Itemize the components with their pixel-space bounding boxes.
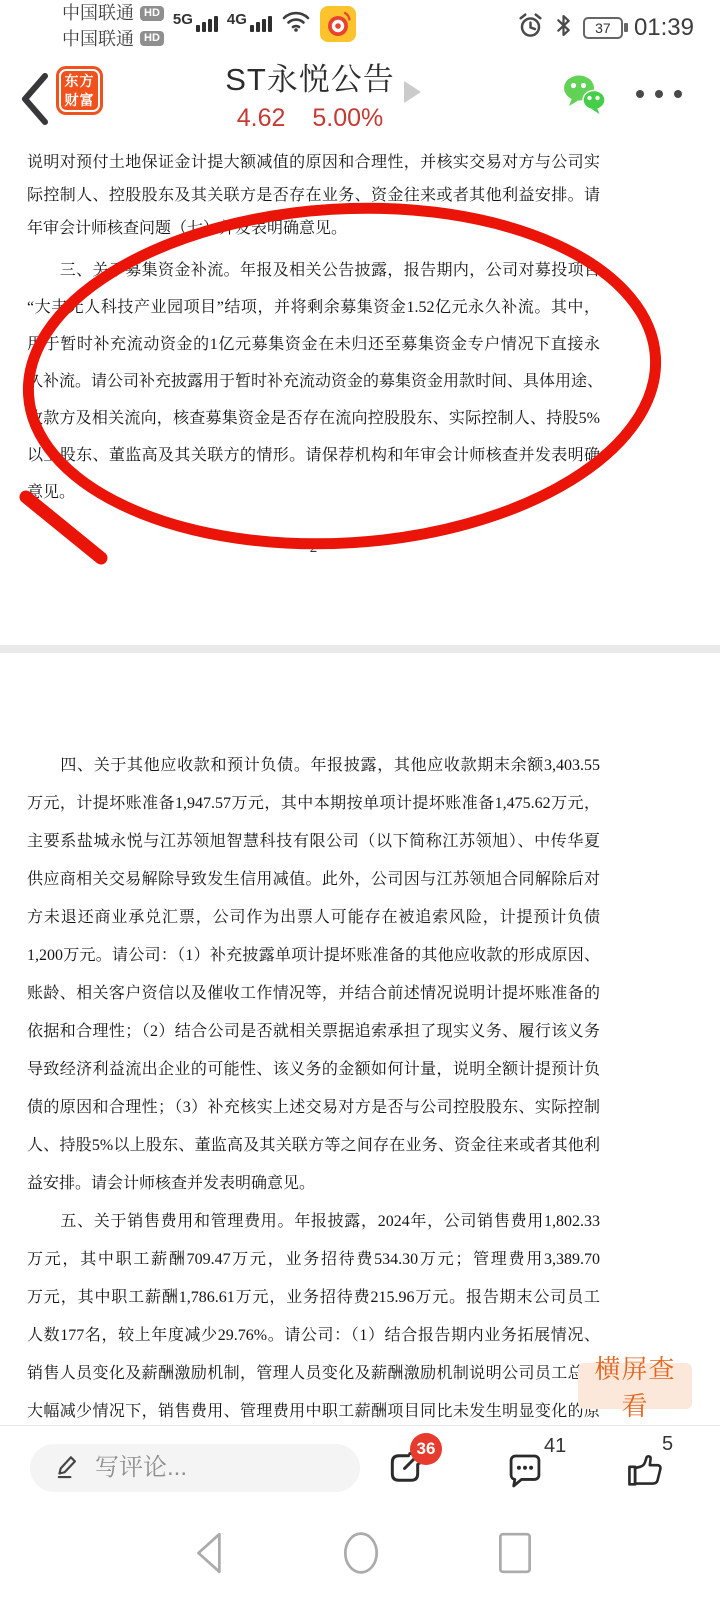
nav-recents-button[interactable] [494, 1530, 536, 1576]
comment-pill[interactable] [30, 1444, 360, 1492]
nav-home-button[interactable] [340, 1530, 382, 1576]
more-menu-button[interactable] [636, 90, 682, 98]
page-divider [0, 645, 720, 653]
carrier-block: 中国联通 HD 中国联通 HD [62, 2, 164, 50]
doc-line: 销售人员变化及薪酬激励机制，管理人员变化及薪酬激励机制说明公司员工总数 [27, 1355, 600, 1393]
nav-back-icon [190, 1530, 232, 1576]
page-title: ST永悦公告 [150, 64, 470, 95]
document-viewport[interactable]: 说明对预付土地保证金计提大额减值的原因和合理性，并核实交易对方与公司实际控制人、… [0, 142, 720, 1425]
status-bar: 中国联通 HD 中国联通 HD 5G 4G [0, 0, 720, 58]
doc-line: 供应商相关交易解除导致发生信用减值。此外，公司因与江苏领旭合同解除后对 [27, 861, 600, 899]
doc-line: 年审会计师核查问题（七）并发表明确意见。 [27, 212, 600, 245]
doc-line: 方未退还商业承兑汇票，公司作为出票人可能存在被追索风险，计提预计负债 [27, 899, 600, 937]
signal-5g-icon: 5G [173, 12, 218, 40]
back-chevron-icon [12, 68, 58, 130]
comment-bubble-icon [504, 1449, 546, 1489]
android-nav-bar [0, 1520, 720, 1600]
doc-line: 说明对预付土地保证金计提大额减值的原因和合理性，并核实交易对方与公司实 [27, 146, 600, 179]
doc-line: 人、持股5%以上股东、董监高及其关联方等之间存在业务、资金往来或者其他利 [27, 1127, 600, 1165]
weibo-icon [320, 6, 356, 47]
pdf-page-2: 说明对预付土地保证金计提大额减值的原因和合理性，并核实交易对方与公司实际控制人、… [0, 142, 720, 645]
doc-line: 意见。 [27, 474, 600, 511]
title-block: ST永悦公告 4.62 5.00% [150, 58, 470, 131]
back-button[interactable] [12, 68, 58, 130]
paragraph: 四、关于其他应收款和预计负债。年报披露，其他应收款期末余额3,403.55万元，… [27, 747, 600, 1431]
logo-text-top: 东方 [65, 72, 95, 90]
more-ellipsis-icon [636, 90, 644, 98]
carrier-name: 中国联通 [62, 2, 134, 25]
status-right-cluster: 37 01:39 [517, 12, 694, 44]
share-button[interactable]: 36 [384, 1447, 430, 1499]
doc-line: 万元，其中职工薪酬1,786.61万元，业务招待费215.96万元。报告期末公司… [27, 1279, 600, 1317]
doc-line: 导致经济利益流出企业的可能性、该义务的金额如何计量，说明全额计提预计负 [27, 1051, 600, 1089]
clock-time: 01:39 [634, 14, 694, 42]
doc-line: “大丰无人科技产业园项目”结项，并将剩余募集资金1.52亿元永久补流。其中， [27, 289, 600, 326]
paragraph-circled: 三、关于募集资金补流。年报及相关公告披露，报告期内，公司对募投项目“大丰无人科技… [27, 252, 600, 511]
pdf-page-3: 四、关于其他应收款和预计负债。年报披露，其他应收款期末余额3,403.55万元，… [0, 653, 720, 1425]
comment-input[interactable] [93, 1453, 287, 1483]
nav-recents-icon [494, 1530, 536, 1576]
bottom-action-bar: 36 41 5 [0, 1425, 720, 1520]
expand-triangle-icon[interactable] [404, 81, 421, 103]
carrier-name: 中国联通 [62, 28, 134, 51]
doc-line: 债的原因和合理性；（3）补充核实上述交易对方是否与公司控股股东、实际控制 [27, 1089, 600, 1127]
doc-line: 万元，其中职工薪酬709.47万元，业务招待费534.30万元；管理费用3,38… [27, 1241, 600, 1279]
logo-text-bottom: 财富 [65, 91, 95, 109]
doc-line: 依据和合理性；（2）结合公司是否就相关票据追索承担了现实义务、履行该义务 [27, 1013, 600, 1051]
doc-line: 四、关于其他应收款和预计负债。年报披露，其他应收款期末余额3,403.55 [27, 747, 600, 785]
eastmoney-logo[interactable]: 东方 财富 [56, 66, 103, 115]
doc-line: 账龄、相关客户资信以及催收工作情况等，并结合前述情况说明计提坏账准备的 [27, 975, 600, 1013]
paragraph: 说明对预付土地保证金计提大额减值的原因和合理性，并核实交易对方与公司实际控制人、… [27, 146, 600, 245]
landscape-view-button[interactable]: 横屏查看 [578, 1363, 692, 1409]
doc-line: 五、关于销售费用和管理费用。年报披露，2024年，公司销售费用1,802.33 [27, 1203, 600, 1241]
carrier-row: 中国联通 HD [62, 2, 164, 25]
comment-count: 41 [544, 1435, 566, 1458]
doc-line: 久补流。请公司补充披露用于暂时补充流动资金的募集资金用款时间、具体用途、 [27, 363, 600, 400]
doc-line: 收款方及相关流向，核查募集资金是否存在流向控股股东、实际控制人、持股5% [27, 400, 600, 437]
alarm-icon [517, 12, 544, 44]
like-button[interactable]: 5 [622, 1447, 668, 1499]
doc-line: 以上股东、董监高及其关联方的情形。请保荐机构和年审会计师核查并发表明确 [27, 437, 600, 474]
wifi-icon [281, 8, 311, 45]
doc-line: 三、关于募集资金补流。年报及相关公告披露，报告期内，公司对募投项目 [27, 252, 600, 289]
nav-home-icon [340, 1530, 382, 1576]
hd-badge: HD [140, 6, 164, 21]
share-badge: 36 [410, 1433, 442, 1465]
comments-button[interactable]: 41 [504, 1449, 550, 1501]
status-left-cluster: 中国联通 HD 中国联通 HD 5G 4G [62, 2, 356, 50]
nav-back-button[interactable] [190, 1530, 232, 1576]
wechat-share-button[interactable] [562, 72, 608, 116]
like-count: 5 [662, 1433, 673, 1456]
doc-line: 人数177名，较上年度减少29.76%。请公司：（1）结合报告期内业务拓展情况、 [27, 1317, 600, 1355]
header: 东方 财富 ST永悦公告 4.62 5.00% [0, 58, 720, 143]
wechat-icon [562, 72, 608, 116]
thumbs-up-icon [622, 1447, 664, 1491]
page-number: 2 [27, 540, 600, 557]
stock-price: 4.62 [237, 104, 286, 132]
doc-line: 用于暂时补充流动资金的1亿元募集资金在未归还至募集资金专户情况下直接永 [27, 326, 600, 363]
doc-line: 1,200万元。请公司：（1）补充披露单项计提坏账准备的其他应收款的形成原因、 [27, 937, 600, 975]
screen: 中国联通 HD 中国联通 HD 5G 4G [0, 0, 720, 1600]
signal-4g-icon: 4G [227, 12, 272, 40]
stock-change-percent: 5.00% [312, 104, 383, 132]
hd-badge: HD [140, 31, 164, 46]
stock-quote[interactable]: 4.62 5.00% [150, 106, 470, 131]
battery-icon: 37 [583, 17, 623, 39]
pencil-icon [54, 1452, 81, 1484]
doc-line: 万元，计提坏账准备1,947.57万元，其中本期按单项计提坏账准备1,475.6… [27, 785, 600, 823]
doc-line: 际控制人、控股股东及其关联方是否存在业务、资金往来或者其他利益安排。请 [27, 179, 600, 212]
doc-line: 益安排。请会计师核查并发表明确意见。 [27, 1165, 600, 1203]
battery-percent: 37 [595, 20, 611, 36]
bluetooth-icon [555, 13, 572, 43]
carrier-row: 中国联通 HD [62, 28, 164, 51]
doc-line: 主要系盐城永悦与江苏领旭智慧科技有限公司（以下简称江苏领旭）、中传华夏 [27, 823, 600, 861]
